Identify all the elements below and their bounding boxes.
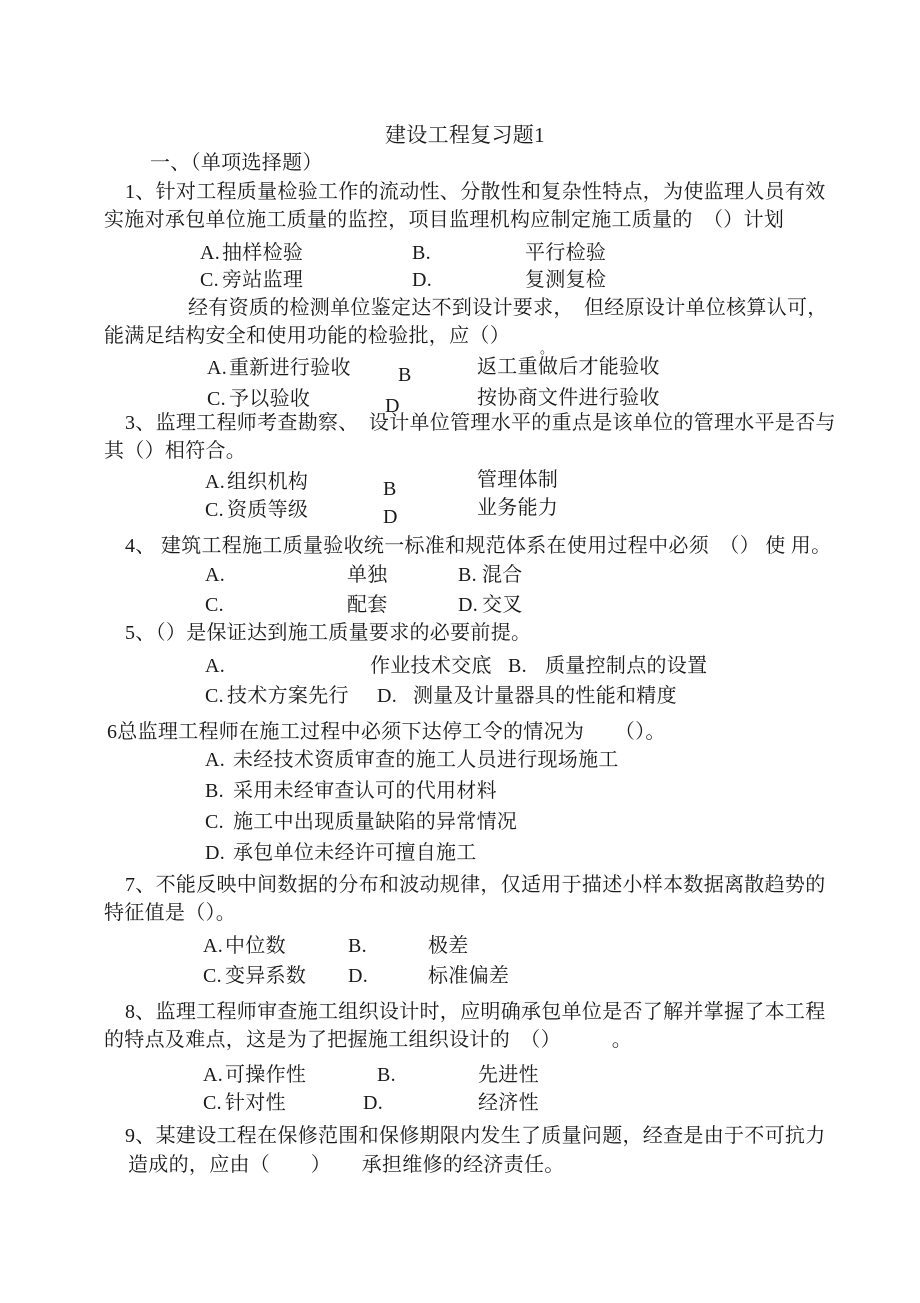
question-3-option-c-label: C. bbox=[205, 499, 224, 521]
question-3-option-d-text: 业务能力 bbox=[477, 497, 558, 519]
question-7-stem-line-2: 特征值是（）。 bbox=[104, 902, 236, 924]
question-7-option-b-label: B. bbox=[348, 935, 367, 957]
question-6-option-c-label: C. bbox=[205, 811, 224, 833]
question-7-option-d-label: D. bbox=[348, 965, 368, 987]
question-4-option-d-text: 交叉 bbox=[482, 594, 523, 616]
question-7-option-b-text: 极差 bbox=[428, 935, 469, 957]
question-2-option-a-text: 重新进行验收 bbox=[229, 357, 351, 379]
question-7-stem-line-1: 7、不能反映中间数据的分布和波动规律，仅适用于描述小样本数据离散趋势的 bbox=[125, 874, 826, 896]
question-3-option-c-text: 资质等级 bbox=[227, 499, 308, 521]
question-1-option-a-label: A. bbox=[200, 242, 220, 264]
question-1-stem-line-1: 1、针对工程质量检验工作的流动性、分散性和复杂性特点，为使监理人员有效 bbox=[125, 181, 826, 203]
question-6-option-b-label: B. bbox=[205, 780, 224, 802]
question-3-option-b-label: B bbox=[383, 478, 397, 500]
question-7-option-d-text: 标准偏差 bbox=[428, 965, 509, 987]
question-5-option-b-text: 质量控制点的设置 bbox=[545, 655, 707, 677]
question-4-stem-line-1: 4、 建筑工程施工质量验收统一标准和规范体系在使用过程中必须 （） 使 用。 bbox=[125, 535, 831, 557]
question-5-option-c-label: C. bbox=[205, 685, 224, 707]
question-8-option-a-text: 可操作性 bbox=[225, 1064, 306, 1086]
question-8-option-b-label: B. bbox=[377, 1064, 396, 1086]
question-6-option-a-label: A. bbox=[205, 749, 225, 771]
question-4-option-c-text: 配套 bbox=[347, 594, 388, 616]
question-3-stem-line-1: 3、监理工程师考查勘察、 设计单位管理水平的重点是该单位的管理水平是否与 bbox=[125, 412, 836, 434]
question-6-option-d-text: 承包单位未经许可擅自施工 bbox=[233, 842, 477, 864]
question-3-option-b-text: 管理体制 bbox=[477, 469, 558, 491]
question-5-option-b-label: B. bbox=[508, 655, 527, 677]
question-5-stem-line-1: 5、（）是保证达到施工质量要求的必要前提。 bbox=[125, 622, 531, 644]
question-2-option-d-text: 按协商文件进行验收 bbox=[477, 387, 660, 409]
question-8-option-b-text: 先进性 bbox=[478, 1064, 539, 1086]
question-1-option-b-text: 平行检验 bbox=[525, 242, 606, 264]
question-4-option-a-label: A. bbox=[205, 564, 225, 586]
question-8-stem-line-1: 8、监理工程师审查施工组织设计时，应明确承包单位是否了解并掌握了本工程 bbox=[125, 1001, 826, 1023]
question-1-option-a-text: 抽样检验 bbox=[222, 242, 303, 264]
question-2-trailing-period: 。 bbox=[540, 342, 553, 356]
question-3-option-a-label: A. bbox=[205, 471, 225, 493]
question-6-option-c-text: 施工中出现质量缺陷的异常情况 bbox=[233, 811, 517, 833]
page-title: 建设工程复习题1 bbox=[385, 124, 545, 146]
question-1-option-c-label: C. bbox=[200, 269, 219, 291]
question-8-option-c-text: 针对性 bbox=[225, 1092, 286, 1114]
question-7-option-a-label: A. bbox=[203, 935, 223, 957]
question-1-option-c-text: 旁站监理 bbox=[222, 269, 303, 291]
question-8-option-c-label: C. bbox=[203, 1092, 222, 1114]
section-heading: 一、（单项选择题） bbox=[150, 152, 323, 174]
question-1-option-d-text: 复测复检 bbox=[525, 269, 606, 291]
question-8-option-d-label: D. bbox=[363, 1092, 383, 1114]
question-4-option-d-label: D. bbox=[458, 594, 478, 616]
question-2-option-c-text: 予以验收 bbox=[229, 388, 310, 410]
question-7-option-a-text: 中位数 bbox=[225, 935, 286, 957]
question-5-option-c-text: 技术方案先行 bbox=[227, 685, 349, 707]
question-8-stem-line-2: 的特点及难点，这是为了把握施工组织设计的 （） 。 bbox=[104, 1029, 632, 1051]
question-2-stem-line-2: 能满足结构安全和使用功能的检验批，应（） bbox=[104, 325, 510, 347]
question-1-option-b-label: B. bbox=[412, 242, 431, 264]
question-9-stem-line-1: 9、某建设工程在保修范围和保修期限内发生了质量问题，经查是由于不可抗力 bbox=[125, 1125, 826, 1147]
question-4-option-c-label: C. bbox=[205, 594, 224, 616]
question-5-option-a-text: 作业技术交底 bbox=[370, 655, 492, 677]
question-4-option-a-text: 单独 bbox=[347, 564, 388, 586]
question-6-option-b-text: 采用未经审查认可的代用材料 bbox=[233, 780, 497, 802]
question-2-option-a-label: A. bbox=[207, 357, 227, 379]
question-3-stem-line-2: 其（）相符合。 bbox=[104, 440, 246, 462]
question-5-option-d-text: 测量及计量器具的性能和精度 bbox=[413, 685, 677, 707]
question-2-stem-line-1: 经有资质的检测单位鉴定达不到设计要求， 但经原设计单位核算认可， bbox=[188, 297, 828, 319]
question-6-stem-line-1: 6总监理工程师在施工过程中必须下达停工令的情况为 （）。 bbox=[107, 721, 666, 743]
question-8-option-d-text: 经济性 bbox=[478, 1092, 539, 1114]
question-8-option-a-label: A. bbox=[203, 1064, 223, 1086]
question-2-option-b-label: B bbox=[398, 364, 412, 386]
question-7-option-c-label: C. bbox=[203, 965, 222, 987]
question-1-stem-line-2: 实施对承包单位施工质量的监控，项目监理机构应制定施工质量的 （）计划 bbox=[104, 209, 784, 231]
document-page: 建设工程复习题1 一、（单项选择题） 1、针对工程质量检验工作的流动性、分散性和… bbox=[0, 0, 920, 1303]
question-4-option-b-label: B. bbox=[458, 564, 477, 586]
question-4-option-b-text: 混合 bbox=[482, 564, 523, 586]
question-7-option-c-text: 变异系数 bbox=[225, 965, 306, 987]
question-5-option-a-label: A. bbox=[205, 655, 225, 677]
question-1-option-d-label: D. bbox=[412, 269, 432, 291]
question-9-stem-line-2: 造成的，应由（ ） 承担维修的经济责任。 bbox=[128, 1154, 565, 1176]
question-6-option-a-text: 未经技术资质审查的施工人员进行现场施工 bbox=[233, 749, 619, 771]
question-2-option-b-text: 返工重做后才能验收 bbox=[477, 356, 660, 378]
question-3-option-a-text: 组织机构 bbox=[227, 471, 308, 493]
question-2-option-c-label: C. bbox=[207, 388, 226, 410]
question-6-option-d-label: D. bbox=[205, 842, 225, 864]
question-3-option-d-label: D bbox=[383, 506, 398, 528]
question-5-option-d-label: D. bbox=[377, 685, 397, 707]
